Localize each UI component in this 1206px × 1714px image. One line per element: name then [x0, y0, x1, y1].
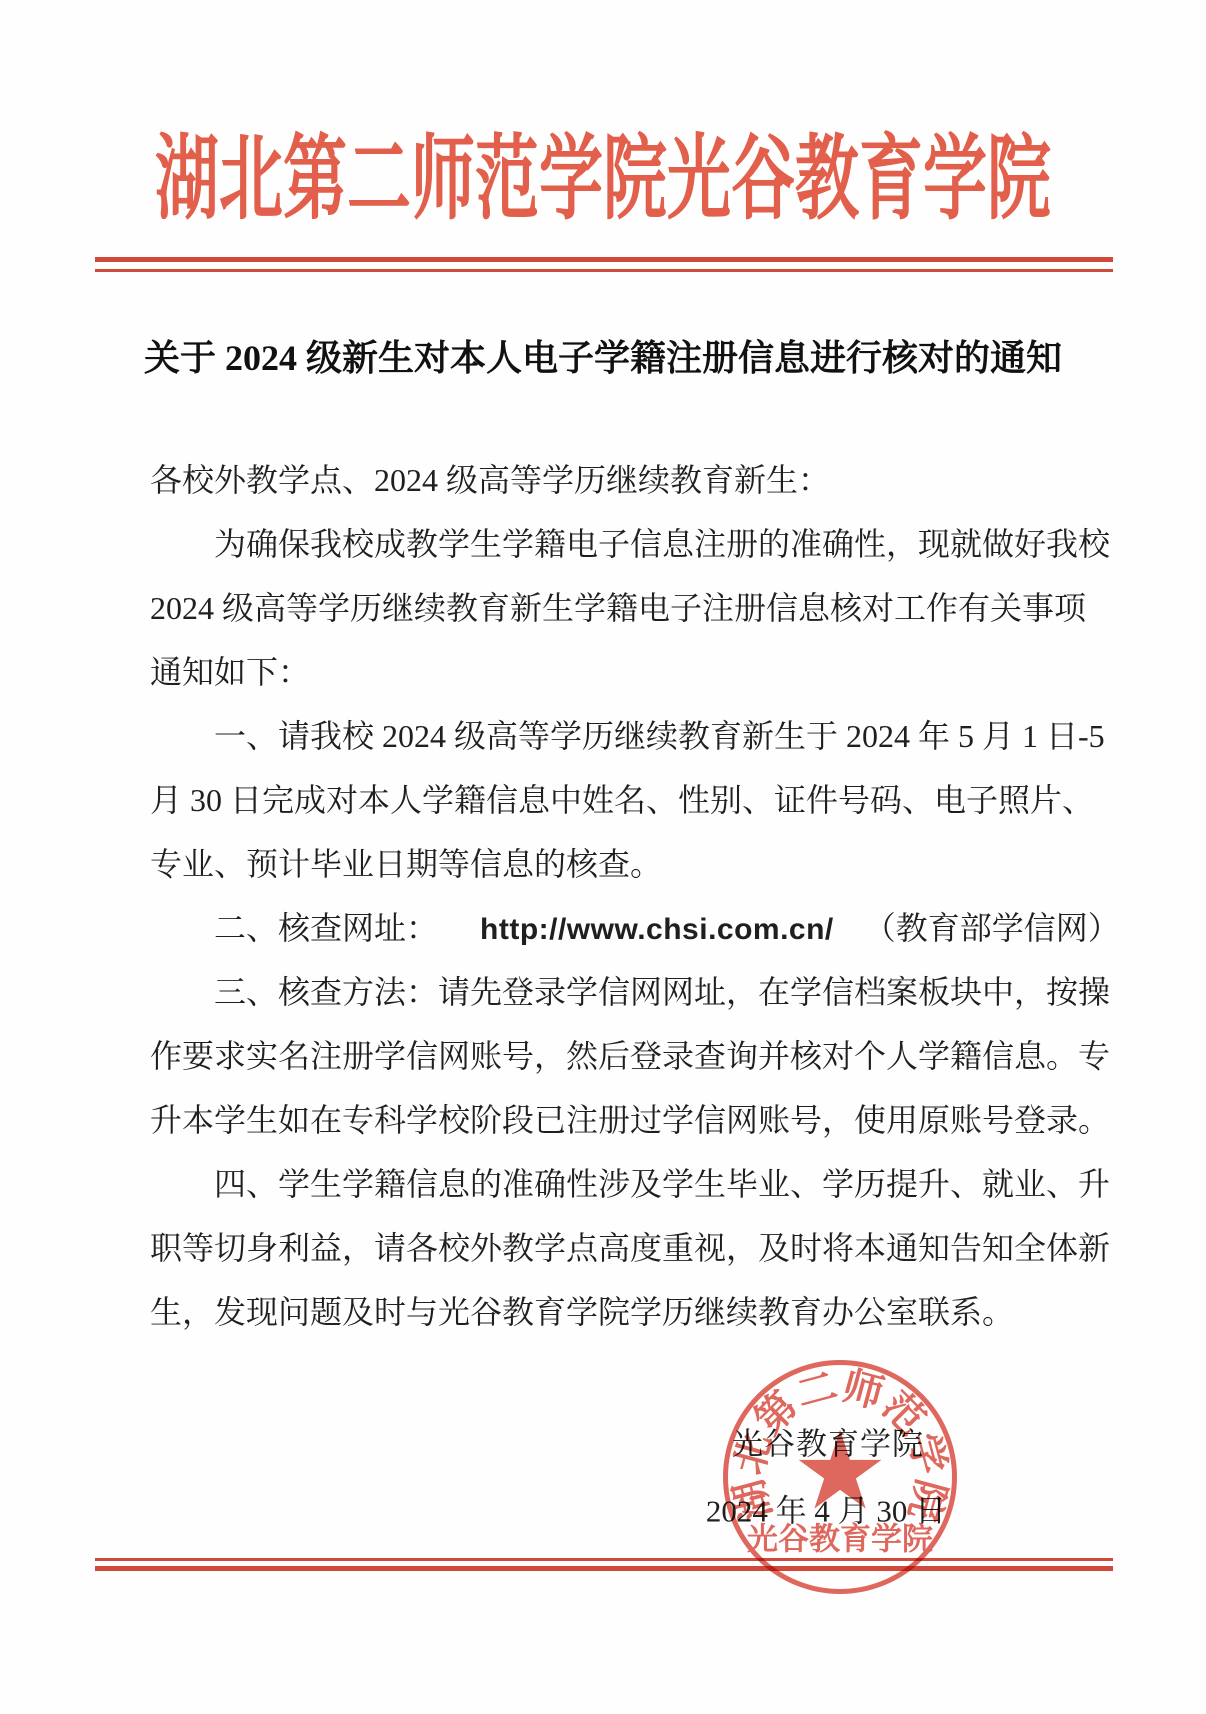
footer-rule-thin — [95, 1558, 1113, 1561]
body-text-segment: 生，发现问题及时与光谷教育学院学历继续教育办公室联系。 — [150, 1294, 1014, 1330]
body-line: 月 30 日完成对本人学籍信息中姓名、性别、证件号码、电子照片、 — [150, 768, 1085, 832]
body-text-segment: 三、核查方法：请先登录学信网网址，在学信档案板块中，按操 — [214, 974, 1110, 1010]
body-line: 一、请我校 2024 级高等学历继续教育新生于 2024 年 5 月 1 日-5 — [150, 704, 1085, 768]
body-line: 职等切身利益，请各校外教学点高度重视，及时将本通知告知全体新 — [150, 1216, 1085, 1280]
body-text-segment: 通知如下： — [150, 654, 310, 690]
body-text-segment: 为确保我校成教学生学籍电子信息注册的准确性，现就做好我校 — [214, 526, 1110, 562]
organization-masthead: 湖北第二师范学院光谷教育学院 — [0, 134, 1206, 227]
body-line: 三、核查方法：请先登录学信网网址，在学信档案板块中，按操 — [150, 960, 1085, 1024]
masthead-rule-thick — [95, 257, 1113, 262]
body-line: 升本学生如在专科学校阶段已注册过学信网账号，使用原账号登录。 — [150, 1088, 1085, 1152]
body-text-segment: 升本学生如在专科学校阶段已注册过学信网账号，使用原账号登录。 — [150, 1102, 1110, 1138]
body-text-segment: 专业、预计毕业日期等信息的核查。 — [150, 846, 662, 882]
body-text-segment: 一、请我校 2024 级高等学历继续教育新生于 2024 年 5 月 1 日-5 — [214, 718, 1105, 754]
body-text-segment: 2024 级高等学历继续教育新生学籍电子注册信息核对工作有关事项 — [150, 590, 1086, 626]
body-text-segment: 作要求实名注册学信网账号，然后登录查询并核对个人学籍信息。专 — [150, 1038, 1110, 1074]
body-line: 通知如下： — [150, 640, 1085, 704]
signature-date: 2024 年 4 月 30 日 — [706, 1486, 946, 1531]
signature-org: 光谷教育学院 — [732, 1419, 924, 1464]
body-line: 作要求实名注册学信网账号，然后登录查询并核对个人学籍信息。专 — [150, 1024, 1085, 1088]
masthead-rule-thin — [95, 269, 1113, 272]
body-text-segment: 月 30 日完成对本人学籍信息中姓名、性别、证件号码、电子照片、 — [150, 782, 1094, 818]
body-text-segment: 二、核查网址： — [214, 910, 438, 946]
body-line: 2024 级高等学历继续教育新生学籍电子注册信息核对工作有关事项 — [150, 576, 1085, 640]
scanned-notice-page: 湖北第二师范学院光谷教育学院 关于 2024 级新生对本人电子学籍注册信息进行核… — [0, 0, 1206, 1714]
body-text-segment: （教育部学信网） — [864, 910, 1120, 946]
verification-url: http://www.chsi.com.cn/ — [480, 913, 834, 946]
body-line: 生，发现问题及时与光谷教育学院学历继续教育办公室联系。 — [150, 1280, 1085, 1344]
body-line: 为确保我校成教学生学籍电子信息注册的准确性，现就做好我校 — [150, 512, 1085, 576]
body-line: 各校外教学点、2024 级高等学历继续教育新生： — [150, 448, 1085, 512]
notice-body: 各校外教学点、2024 级高等学历继续教育新生：为确保我校成教学生学籍电子信息注… — [150, 448, 1085, 1344]
body-text-segment: 职等切身利益，请各校外教学点高度重视，及时将本通知告知全体新 — [150, 1230, 1110, 1266]
seal-arc-char: 二 — [789, 1354, 842, 1419]
body-line: 二、核查网址：http://www.chsi.com.cn/（教育部学信网） — [150, 896, 1085, 960]
body-line: 四、学生学籍信息的准确性涉及学生毕业、学历提升、就业、升 — [150, 1152, 1085, 1216]
notice-title: 关于 2024 级新生对本人电子学籍注册信息进行核对的通知 — [0, 330, 1206, 381]
footer-rule-thick — [95, 1566, 1113, 1571]
body-text-segment: 四、学生学籍信息的准确性涉及学生毕业、学历提升、就业、升 — [214, 1166, 1110, 1202]
body-line: 专业、预计毕业日期等信息的核查。 — [150, 832, 1085, 896]
seal-arc-char: 师 — [837, 1354, 890, 1419]
body-text-segment: 各校外教学点、2024 级高等学历继续教育新生： — [150, 462, 830, 498]
